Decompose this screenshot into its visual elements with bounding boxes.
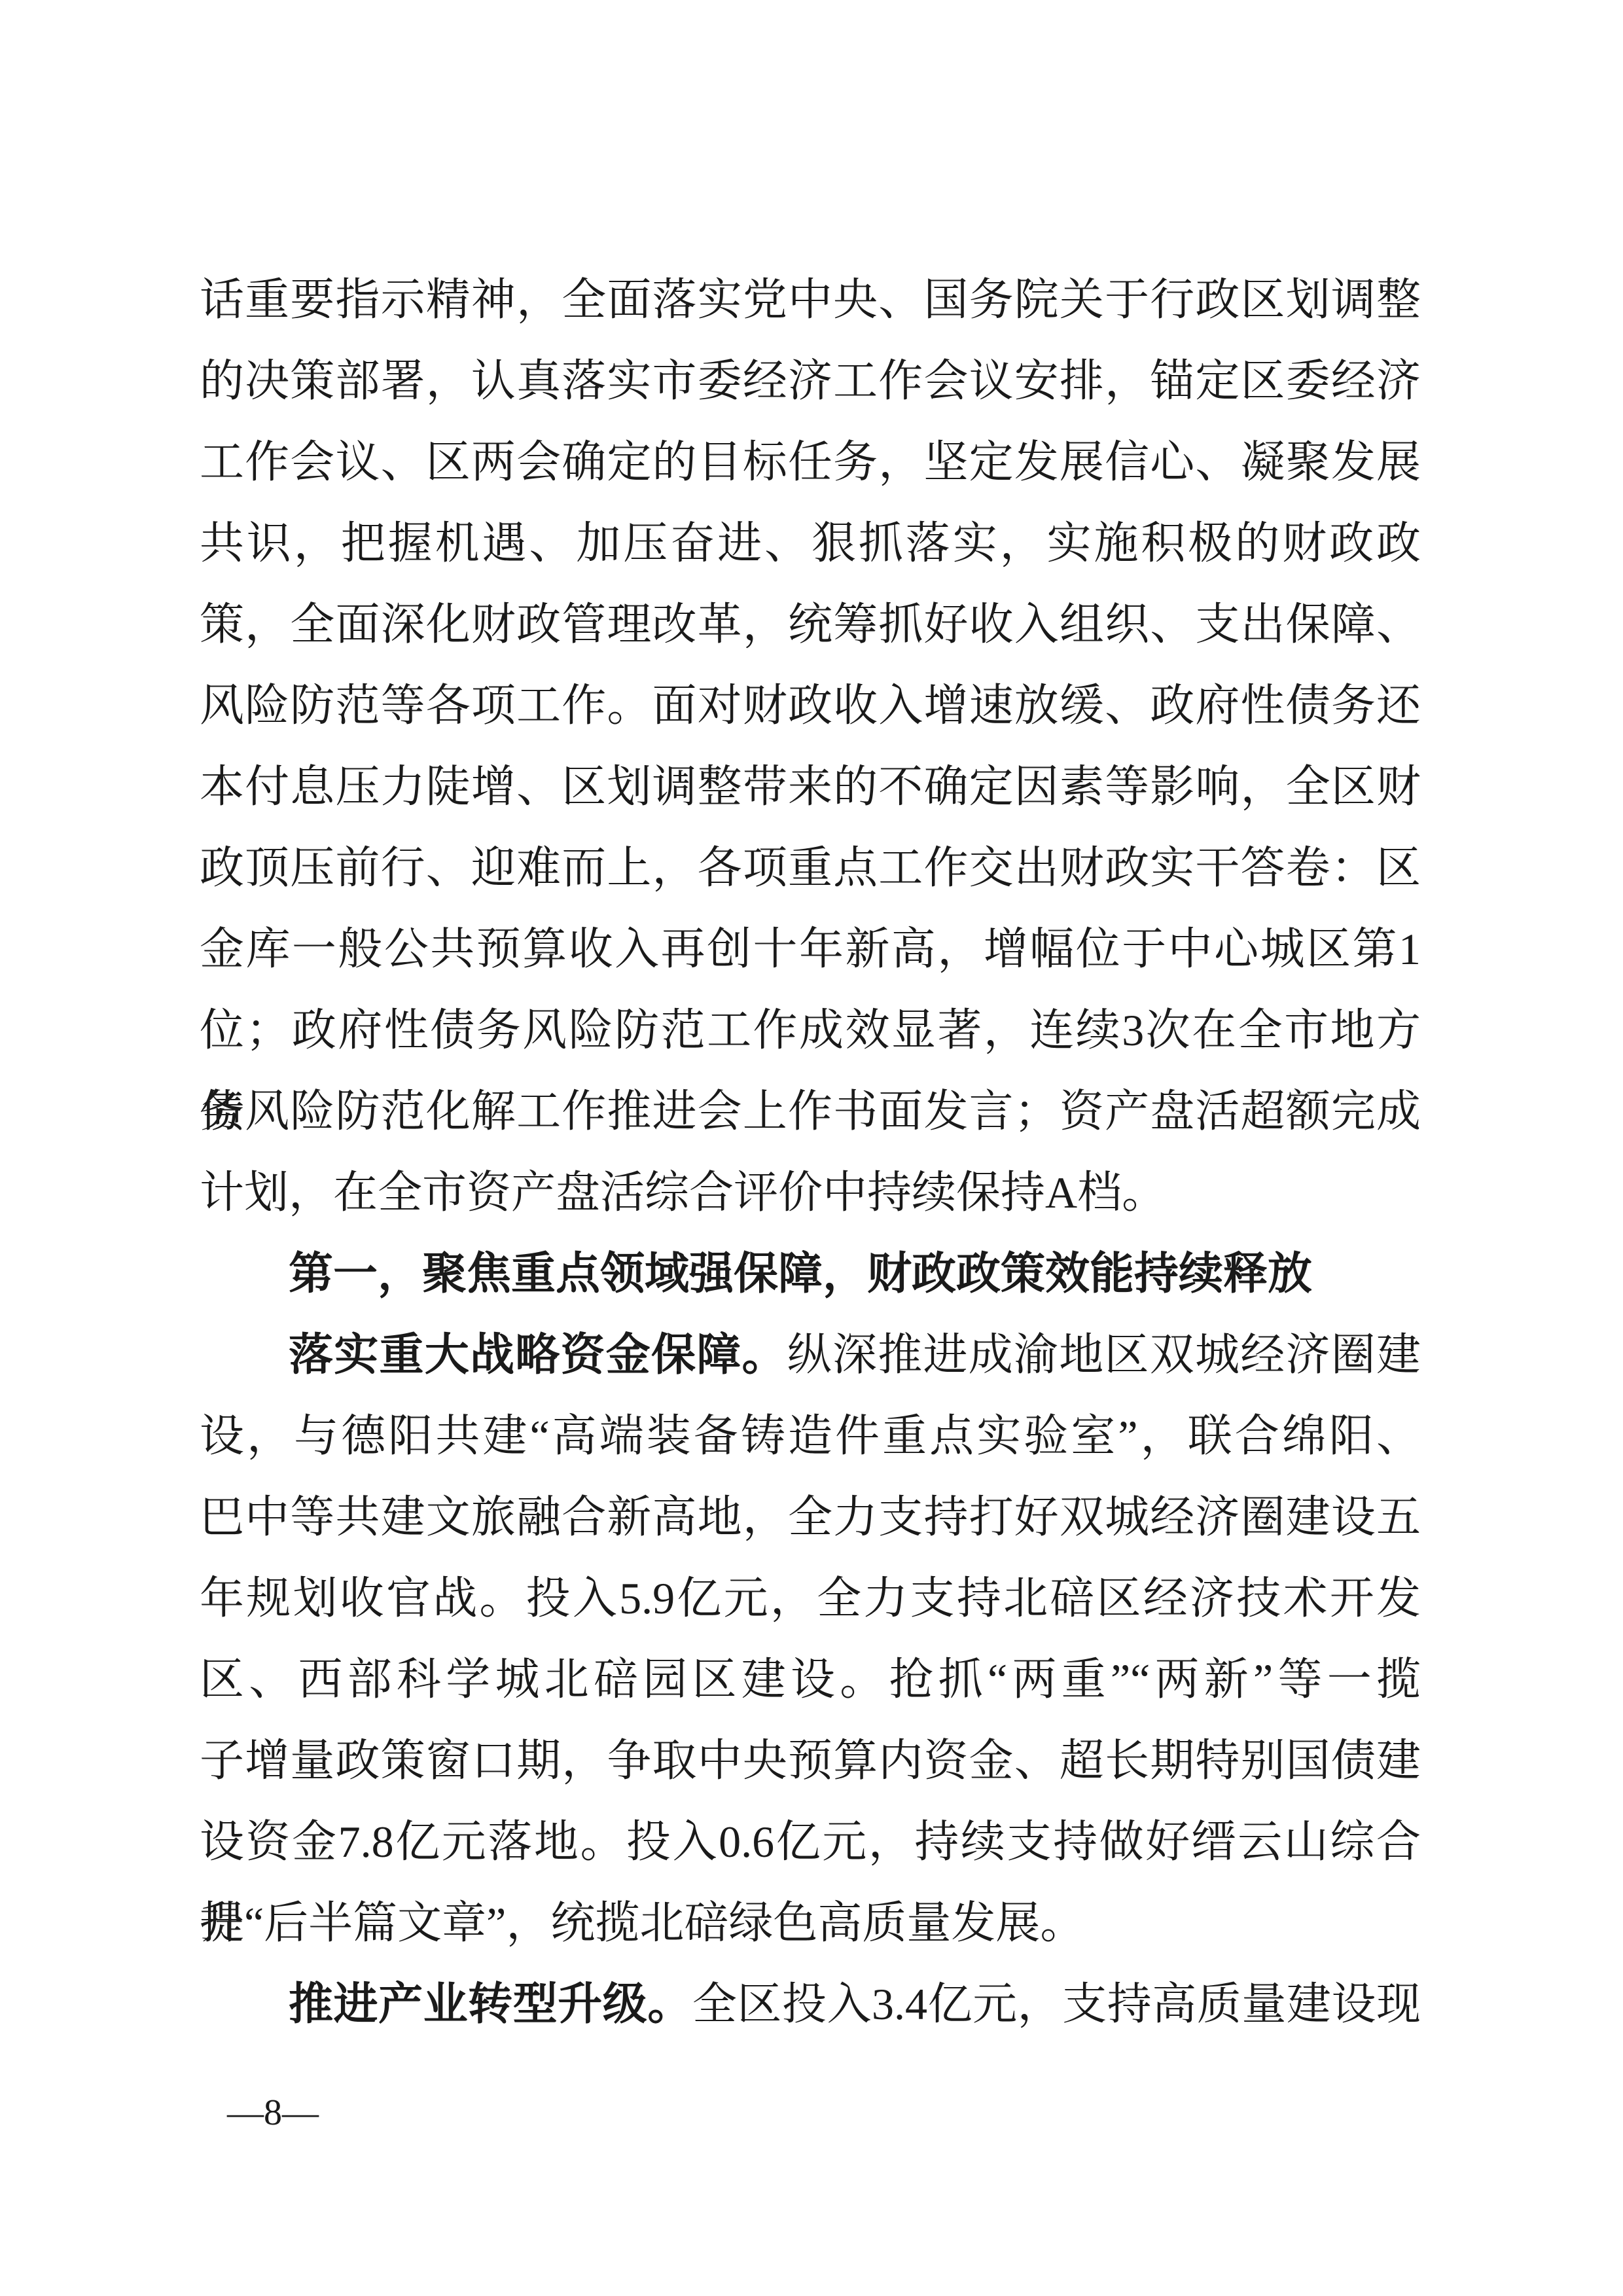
text-run: 子增量政策窗口期，争取中央预算内资金、超长期特别国债建 bbox=[200, 1736, 1421, 1785]
text-line-14: 落实重大战略资金保障。纵深推进成渝地区双城经济圈建 bbox=[200, 1314, 1421, 1395]
text-run: 全区投入3.4亿元，支持高质量建设现 bbox=[692, 1979, 1421, 2029]
text-block: 话重要指示精神，全面落实党中央、国务院关于行政区划调整的决策部署，认真落实市委经… bbox=[200, 259, 1421, 2045]
text-line-09: 金库一般公共预算收入再创十年新高，增幅位于中心城区第1 bbox=[200, 908, 1421, 990]
text-line-20: 设资金7.8亿元落地。投入0.6亿元，持续支持做好缙云山综合提 bbox=[200, 1801, 1421, 1882]
text-run: 政顶压前行、迎难而上，各项重点工作交出财政实干答卷：区 bbox=[200, 843, 1421, 893]
text-run: 区、西部科学城北碚园区建设。抢抓“两重”“两新”等一揽 bbox=[200, 1655, 1421, 1704]
text-line-22: 推进产业转型升级。全区投入3.4亿元，支持高质量建设现 bbox=[200, 1964, 1421, 2045]
text-run: 计划，在全市资产盘活综合评价中持续保持A档。 bbox=[200, 1168, 1166, 1217]
text-run: 的决策部署，认真落实市委经济工作会议安排，锚定区委经济 bbox=[200, 356, 1421, 406]
text-run: 工作会议、区两会确定的目标任务，坚定发展信心、凝聚发展 bbox=[200, 437, 1421, 487]
text-line-07: 本付息压力陡增、区划调整带来的不确定因素等影响，全区财 bbox=[200, 746, 1421, 827]
text-run: 升“后半篇文章”，统揽北碚绿色高质量发展。 bbox=[200, 1898, 1084, 1948]
bold-text-run: 落实重大战略资金保障。 bbox=[289, 1330, 787, 1380]
text-run: 本付息压力陡增、区划调整带来的不确定因素等影响，全区财 bbox=[200, 762, 1421, 812]
text-run: 风险防范等各项工作。面对财政收入增速放缓、政府性债务还 bbox=[200, 681, 1421, 730]
document-page: 话重要指示精神，全面落实党中央、国务院关于行政区划调整的决策部署，认真落实市委经… bbox=[0, 0, 1623, 2296]
bold-text-run: 第一，聚焦重点领域强保障，财政政策效能持续释放 bbox=[289, 1249, 1312, 1299]
text-line-10: 位；政府性债务风险防范工作成效显著，连续3次在全市地方债 bbox=[200, 990, 1421, 1071]
text-line-08: 政顶压前行、迎难而上，各项重点工作交出财政实干答卷：区 bbox=[200, 827, 1421, 908]
text-line-12: 计划，在全市资产盘活综合评价中持续保持A档。 bbox=[200, 1152, 1421, 1233]
text-line-05: 策，全面深化财政管理改革，统筹抓好收入组织、支出保障、 bbox=[200, 584, 1421, 665]
text-line-18: 区、西部科学城北碚园区建设。抢抓“两重”“两新”等一揽 bbox=[200, 1639, 1421, 1720]
text-line-04: 共识，把握机遇、加压奋进、狠抓落实，实施积极的财政政 bbox=[200, 503, 1421, 584]
text-line-03: 工作会议、区两会确定的目标任务，坚定发展信心、凝聚发展 bbox=[200, 422, 1421, 503]
text-run: 务风险防范化解工作推进会上作书面发言；资产盘活超额完成 bbox=[200, 1086, 1421, 1136]
text-line-13: 第一，聚焦重点领域强保障，财政政策效能持续释放 bbox=[200, 1233, 1421, 1314]
text-line-15: 设，与德阳共建“高端装备铸造件重点实验室”，联合绵阳、 bbox=[200, 1395, 1421, 1477]
text-line-11: 务风险防范化解工作推进会上作书面发言；资产盘活超额完成 bbox=[200, 1071, 1421, 1152]
text-run: 话重要指示精神，全面落实党中央、国务院关于行政区划调整 bbox=[200, 275, 1421, 325]
text-line-17: 年规划收官战。投入5.9亿元，全力支持北碚区经济技术开发 bbox=[200, 1558, 1421, 1639]
text-run: 金库一般公共预算收入再创十年新高，增幅位于中心城区第1 bbox=[200, 924, 1421, 974]
text-run: 年规划收官战。投入5.9亿元，全力支持北碚区经济技术开发 bbox=[200, 1573, 1421, 1623]
text-run: 纵深推进成渝地区双城经济圈建 bbox=[787, 1330, 1421, 1380]
text-run: 设，与德阳共建“高端装备铸造件重点实验室”，联合绵阳、 bbox=[200, 1411, 1421, 1461]
text-line-19: 子增量政策窗口期，争取中央预算内资金、超长期特别国债建 bbox=[200, 1720, 1421, 1801]
bold-text-run: 推进产业转型升级。 bbox=[289, 1979, 692, 2029]
text-run: 策，全面深化财政管理改革，统筹抓好收入组织、支出保障、 bbox=[200, 600, 1421, 649]
text-line-02: 的决策部署，认真落实市委经济工作会议安排，锚定区委经济 bbox=[200, 340, 1421, 422]
text-line-16: 巴中等共建文旅融合新高地，全力支持打好双城经济圈建设五 bbox=[200, 1477, 1421, 1558]
text-run: 巴中等共建文旅融合新高地，全力支持打好双城经济圈建设五 bbox=[200, 1492, 1421, 1542]
text-line-21: 升“后半篇文章”，统揽北碚绿色高质量发展。 bbox=[200, 1882, 1421, 1964]
text-line-01: 话重要指示精神，全面落实党中央、国务院关于行政区划调整 bbox=[200, 259, 1421, 340]
text-run: 共识，把握机遇、加压奋进、狠抓落实，实施积极的财政政 bbox=[200, 518, 1421, 568]
page-number: —8— bbox=[227, 2092, 319, 2134]
text-line-06: 风险防范等各项工作。面对财政收入增速放缓、政府性债务还 bbox=[200, 665, 1421, 746]
